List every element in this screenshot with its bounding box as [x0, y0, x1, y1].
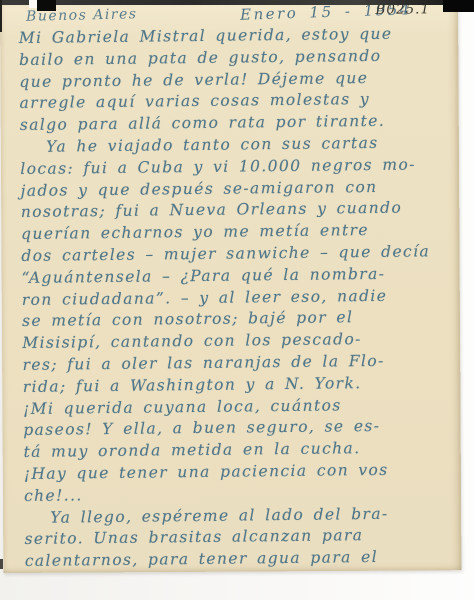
scanner-edge-left: [0, 0, 2, 32]
letter-line: calentarnos, para tener agua para el: [25, 546, 453, 573]
scanner-edge-tab: [37, 0, 56, 11]
scanner-edge-top: [0, 0, 474, 5]
letter-body: Mi Gabriela Mistral querida, estoy que b…: [19, 23, 453, 573]
scanned-letter-page: Buenos Aires Enero 15 - 1954 B025.1 Mi G…: [0, 0, 474, 600]
scanner-edge-corner: [443, 0, 474, 12]
paper-sheet: Buenos Aires Enero 15 - 1954 B025.1 Mi G…: [0, 1, 461, 573]
scan-speck: [0, 559, 3, 569]
